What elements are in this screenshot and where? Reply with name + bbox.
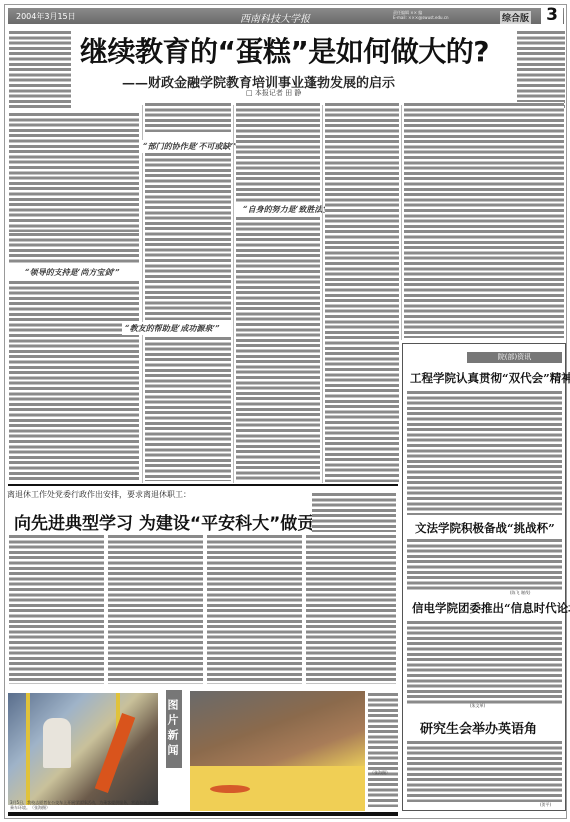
lead-body-col3-bottom (236, 216, 320, 481)
editor-info-line2: E-mail: ×××@swust.edu.cn (393, 15, 449, 20)
lead-subhead-1: “领导的支持是‘尚方宝剑’” (22, 266, 123, 279)
lead-byline: □ 本报记者 田 静 (246, 88, 301, 98)
column-divider (142, 105, 143, 483)
sidebar-banner: 院(部)资讯 (467, 352, 562, 363)
lead-body-col2-bottom (145, 336, 231, 481)
page-number: 3 (541, 6, 563, 25)
lead-body-col2-top (145, 102, 231, 132)
sidebar-body-2 (407, 538, 562, 590)
photo-caption-2: （张海摄） (370, 770, 390, 775)
section-label: 综合版 (500, 11, 531, 24)
sidebar-headline-2: 文法学院积极备战“挑战杯” (415, 520, 555, 536)
photo-caption-1: 3月5日，我校志愿者在公交车上开展学雷锋活动，为乘客提供服务，营造和谐文明的乘车… (10, 800, 160, 810)
sidebar-headline-3: 信电学院团委推出“信息时代论坛” (412, 600, 570, 616)
editor-info: 责任编辑 ×× 编 E-mail: ×××@swust.edu.cn (393, 10, 449, 20)
second-article-col4 (306, 534, 396, 684)
section-rule (8, 484, 398, 486)
photo-students-signing (190, 691, 365, 811)
ink-mark (210, 785, 250, 793)
sidebar-headline-4: 研究生会举办英语角 (420, 718, 537, 737)
sidebar-credit-2: (陈飞 谢茂) (510, 590, 530, 595)
left-column-text (9, 30, 71, 110)
lead-body-col4 (325, 102, 399, 482)
sidebar-body-3 (407, 620, 562, 705)
lead-body-col2-mid (145, 152, 231, 320)
volunteer-sash (95, 713, 136, 793)
sidebar-credit-4: (贺平) (540, 802, 551, 807)
lead-body-col3-top (236, 102, 320, 202)
second-article-col3 (207, 534, 302, 684)
lead-body-col1-bottom (9, 280, 139, 480)
second-article-col2 (108, 534, 203, 684)
right-top-column-text (517, 30, 565, 110)
masthead: 2004年3月15日 西南科技大学报 责任编辑 ×× 编 E-mail: ×××… (8, 8, 564, 24)
second-article-col1 (9, 534, 104, 684)
sidebar-body-4 (407, 740, 562, 802)
lead-body-col1-mid (9, 232, 139, 264)
second-article-kicker: 离退休工作处党委行政作出安排，要求离退休职工： (7, 489, 191, 500)
second-article-headline: 向先进典型学习 为建设“平安科大”做贡献 (14, 509, 331, 534)
column-divider (322, 105, 323, 483)
sidebar-body-1 (407, 390, 562, 515)
column-divider (401, 105, 402, 340)
lead-body-col5 (404, 102, 564, 338)
volunteer-figure (43, 718, 71, 768)
newspaper-logo: 西南科技大学报 (240, 10, 310, 25)
second-article-side-text (312, 492, 396, 532)
photo-bus-volunteers (8, 693, 158, 805)
lead-body-col1-top (9, 112, 139, 232)
sidebar-headline-1: 工程学院认真贯彻“双代会”精神 (410, 370, 570, 386)
bus-pole (26, 693, 30, 805)
lead-subhead-4: “教友的帮助是‘成功源泉’” (122, 322, 223, 335)
bottom-rule (8, 812, 398, 816)
photo-news-label: 图片新闻 (166, 690, 182, 768)
sidebar-credit-3: (朱文革) (470, 703, 485, 708)
photo-side-text (368, 692, 398, 807)
issue-date: 2004年3月15日 (16, 11, 76, 22)
lead-headline: 继续教育的“蛋糕”是如何做大的? (80, 30, 489, 70)
column-divider (233, 105, 234, 483)
